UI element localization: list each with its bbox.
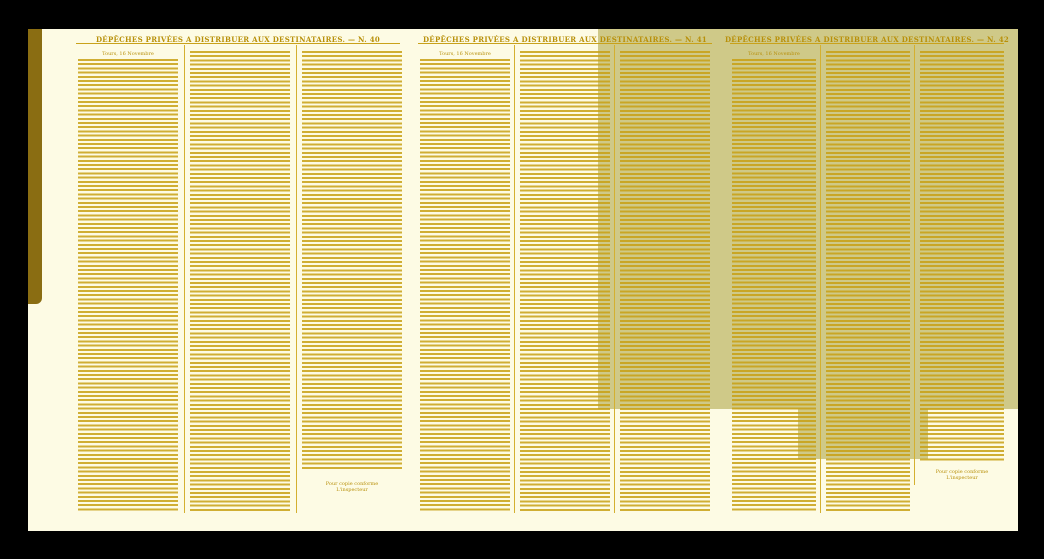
column-text: [732, 59, 816, 511]
text-column: [618, 47, 712, 511]
column-title: Tours, 16 Novembre: [730, 51, 818, 57]
footer-sign-text: L'inspecteur: [300, 487, 404, 493]
column-title: Tours, 16 Novembre: [76, 51, 180, 57]
newspaper-sheet: DÉPÊCHES PRIVÉES A DISTRIBUER AUX DESTIN…: [28, 29, 1018, 531]
column-text: [520, 51, 610, 511]
column-rule: [184, 45, 185, 513]
text-column: Tours, 16 Novembre: [730, 47, 818, 511]
column-text: [78, 59, 178, 511]
column-title: Tours, 16 Novembre: [418, 51, 512, 57]
column-rule: [514, 45, 515, 513]
column-text: [826, 51, 910, 511]
footer-note: Pour copie conformeL'inspecteur: [918, 469, 1006, 481]
column-rule: [914, 45, 915, 485]
column-text: [620, 51, 710, 511]
header-rule: [730, 43, 1004, 44]
header-rule: [76, 43, 400, 44]
text-column: Tours, 16 Novembre: [76, 47, 180, 511]
page-41: DÉPÊCHES PRIVÉES A DISTRIBUER AUX DESTIN…: [410, 29, 720, 531]
text-column: [824, 47, 912, 511]
text-column: [188, 47, 292, 511]
footer-note: Pour copie conformeL'inspecteur: [300, 481, 404, 493]
footer-sign-text: L'inspecteur: [918, 475, 1006, 481]
column-text: [302, 51, 402, 471]
column-text: [420, 59, 510, 511]
text-column: Tours, 16 Novembre: [418, 47, 512, 511]
column-text: [190, 51, 290, 511]
text-column: [518, 47, 612, 511]
binding-edge: [28, 29, 42, 304]
page-40: DÉPÊCHES PRIVÉES A DISTRIBUER AUX DESTIN…: [68, 29, 408, 531]
column-rule: [614, 45, 615, 513]
column-rule: [296, 45, 297, 513]
text-column: [918, 47, 1006, 461]
column-rule: [820, 45, 821, 513]
column-text: [920, 51, 1004, 461]
header-rule: [418, 43, 712, 44]
page-42: DÉPÊCHES PRIVÉES A DISTRIBUER AUX DESTIN…: [722, 29, 1012, 531]
text-column: [300, 47, 404, 471]
